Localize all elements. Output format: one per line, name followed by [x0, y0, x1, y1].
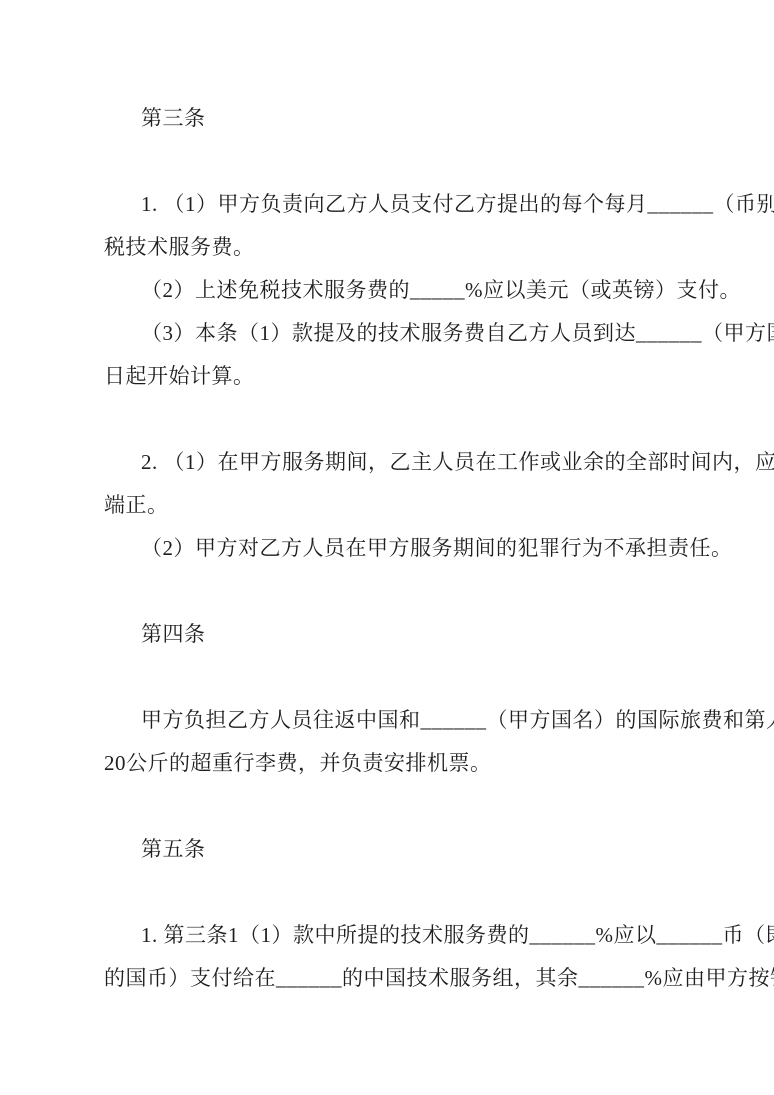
- document-line: 税技术服务费。: [104, 226, 674, 269]
- document-line: 端正。: [104, 484, 674, 527]
- document-line: 2. （1）在甲方服务期间，乙主人员在工作或业余的全部时间内，应保证行为: [104, 441, 674, 484]
- article-heading-3: 第三条: [104, 97, 674, 140]
- document-line: 甲方负担乙方人员往返中国和______（甲方国名）的国际旅费和第人不超过: [104, 699, 674, 742]
- document-line: （2）甲方对乙方人员在甲方服务期间的犯罪行为不承担责任。: [104, 527, 674, 570]
- document-page: 第三条 1. （1）甲方负责向乙方人员支付乙方提出的每个每月______（币别）…: [0, 0, 774, 1095]
- document-line: （3）本条（1）款提及的技术服务费自乙方人员到达______（甲方国名）之: [104, 312, 674, 355]
- document-line: 20公斤的超重行李费，并负责安排机票。: [104, 742, 674, 785]
- document-line: 1. （1）甲方负责向乙方人员支付乙方提出的每个每月______（币别）的免: [104, 183, 674, 226]
- document-line: 1. 第三条1（1）款中所提的技术服务费的______%应以______币（即甲…: [104, 914, 674, 957]
- document-line: 日起开始计算。: [104, 355, 674, 398]
- document-line: （2）上述免税技术服务费的_____%应以美元（或英镑）支付。: [104, 269, 674, 312]
- document-line: 的国币）支付给在______的中国技术服务组，其余______%应由甲方按银行当…: [104, 957, 674, 1000]
- article-heading-5: 第五条: [104, 828, 674, 871]
- article-heading-4: 第四条: [104, 613, 674, 656]
